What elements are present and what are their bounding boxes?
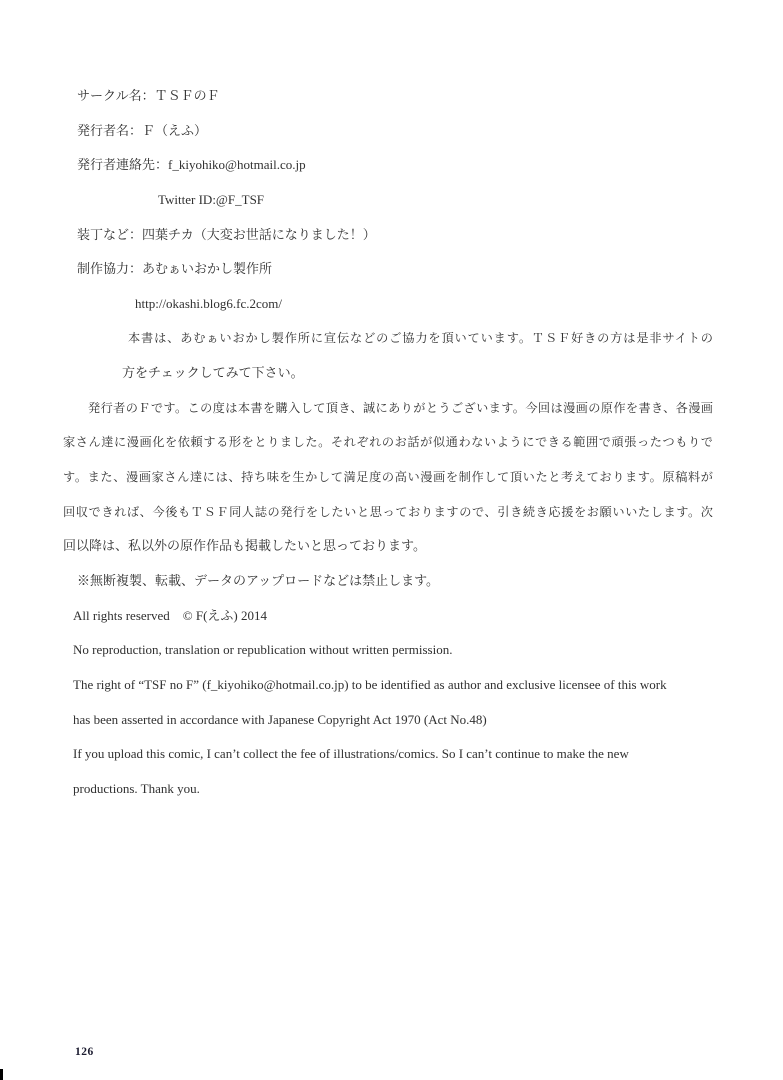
promo-paragraph-line-1: 本書は、あむぁいおかし製作所に宣伝などのご協力を頂いています。ＴＳＦ好きの方は是…	[128, 321, 713, 356]
rights-reserved-line: All rights reserved © F(えふ) 2014	[73, 599, 713, 634]
line-twitter-id: Twitter ID:@F_TSF	[158, 183, 713, 218]
colophon-text: サークル名：ＴＳＦのＦ 発行者名：Ｆ（えふ） 発行者連絡先：f_kiyohiko…	[63, 79, 713, 806]
scan-edge-mark	[0, 1069, 3, 1080]
line-cooperation-url: http://okashi.blog6.fc.2com/	[135, 287, 713, 322]
upload-warning-line-1: If you upload this comic, I can’t collec…	[73, 737, 713, 772]
colophon-page: サークル名：ＴＳＦのＦ 発行者名：Ｆ（えふ） 発行者連絡先：f_kiyohiko…	[0, 0, 783, 1080]
afterword-line-5: 回以降は、私以外の原作作品も掲載したいと思っております。	[63, 529, 713, 564]
line-book-design: 装丁など：四葉チカ（大変お世話になりました！）	[77, 218, 713, 253]
afterword-line-2: 家さん達に漫画化を依頼する形をとりました。それぞれのお話が似通わないようにできる…	[63, 425, 713, 460]
afterword-line-4: 回収できれば、今後もＴＳＦ同人誌の発行をしたいと思っておりますので、引き続き応援…	[63, 495, 713, 530]
rights-claim-line-1: The right of “TSF no F” (f_kiyohiko@hotm…	[73, 668, 713, 703]
afterword-line-1: 発行者のＦです。この度は本書を購入して頂き、誠にありがとうございます。今回は漫画…	[88, 391, 713, 426]
line-publisher-name: 発行者名：Ｆ（えふ）	[77, 114, 713, 149]
no-reproduction-line: No reproduction, translation or republic…	[73, 633, 713, 668]
upload-warning-line-2: productions. Thank you.	[73, 772, 713, 807]
line-publisher-contact: 発行者連絡先：f_kiyohiko@hotmail.co.jp	[77, 148, 713, 183]
line-production-cooperation: 制作協力：あむぁいおかし製作所	[77, 252, 713, 287]
promo-paragraph-line-2: 方をチェックしてみて下さい。	[122, 356, 713, 391]
copy-notice-line: ※無断複製、転載、データのアップロードなどは禁止します。	[77, 564, 713, 599]
afterword-line-3: す。また、漫画家さん達には、持ち味を生かして満足度の高い漫画を制作して頂いたと考…	[63, 460, 713, 495]
rights-claim-line-2: has been asserted in accordance with Jap…	[73, 703, 713, 738]
line-circle-name: サークル名：ＴＳＦのＦ	[77, 79, 713, 114]
page-number: 126	[75, 1046, 94, 1058]
